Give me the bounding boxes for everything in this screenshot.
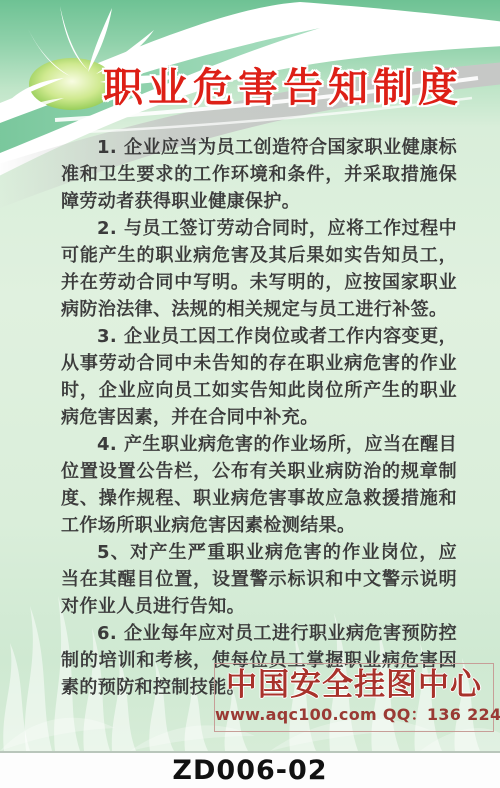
footer-strip: ZD006-02 xyxy=(0,753,500,788)
publisher-contact: www.aqc100.com QQ：136 224 1340 xyxy=(215,704,493,726)
poster-frame: 职业危害告知制度 xyxy=(0,0,500,788)
publisher-box: 中国安全挂图中心 www.aqc100.com QQ：136 224 1340 xyxy=(214,663,494,732)
catalog-code: ZD006-02 xyxy=(172,755,327,786)
body-text: 1. 企业应当为员工创造符合国家职业健康标准和卫生要求的工作环境和条件，并采取措… xyxy=(61,134,457,701)
paragraph-2: 2. 与员工签订劳动合同时，应将工作过程中可能产生的职业病危害及其后果如实告知员… xyxy=(61,215,457,323)
paragraph-3: 3. 企业员工因工作岗位或者工作内容变更，从事劳动合同中未告知的存在职业病危害的… xyxy=(61,323,457,431)
paragraph-5: 5、对产生严重职业病危害的作业岗位，应当在其醒目位置，设置警示标识和中文警示说明… xyxy=(61,539,457,620)
poster-title: 职业危害告知制度 xyxy=(103,56,463,113)
poster: 职业危害告知制度 xyxy=(0,0,500,753)
paragraph-4: 4. 产生职业病危害的作业场所，应当在醒目位置设置公告栏，公布有关职业病防治的规… xyxy=(61,431,457,539)
paragraph-1: 1. 企业应当为员工创造符合国家职业健康标准和卫生要求的工作环境和条件，并采取措… xyxy=(61,134,457,215)
publisher-brand: 中国安全挂图中心 xyxy=(215,666,493,704)
